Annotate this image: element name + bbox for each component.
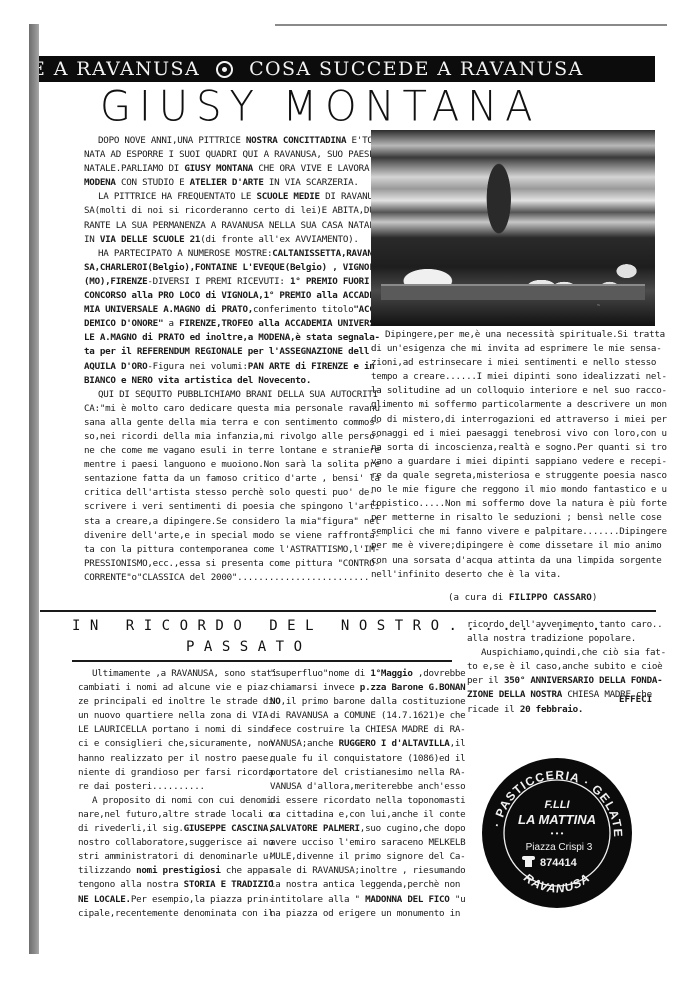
article-left-column: DOPO NOVE ANNI,UNA PITTRICE NOSTRA CONCI… xyxy=(84,134,354,585)
text-line: LA PITTRICE HA FREQUENTATO LE SCUOLE MED… xyxy=(84,190,354,204)
text-line: na sorta di incoscienza,realtà e sogno.P… xyxy=(371,441,655,455)
text-line: sonaggi ed i miei paesaggi tenebrosi viv… xyxy=(371,427,655,441)
text-line: CA:"mi è molto caro dedicare questa mia … xyxy=(84,402,354,416)
text-line: IN VIA DELLE SCUOLE 21(di fronte all'ex … xyxy=(84,233,354,247)
text-line: fece costruire la CHIESA MADRE di RA- xyxy=(270,723,456,737)
text-line: sana alla gente della mia terra e con se… xyxy=(84,416,354,430)
text-line: ne che come me vagano esuli in terre lon… xyxy=(84,444,354,458)
text-line: con una sorsata d'acqua attinta da una l… xyxy=(371,554,655,568)
text-line: di un'esigenza che mi invita ad esprimer… xyxy=(371,342,655,356)
binding-edge-strip xyxy=(29,24,39,954)
svg-text:874414: 874414 xyxy=(540,857,578,869)
text-line: cipale,recentemente denominata con il xyxy=(78,907,260,921)
text-line: chiamarsi invece p.zza Barone G.BONAN xyxy=(270,681,456,695)
text-line: tilizzando nomi prestigiosi che appar xyxy=(78,864,260,878)
text-line: SALVATORE PALMERI,suo cugino,che dopo xyxy=(270,822,456,836)
text-line: LE LAURICELLA portano i nomi di sinda xyxy=(78,723,260,737)
memory-column-1: Ultimamente ,a RAVANUSA, sono staticambi… xyxy=(78,667,260,921)
text-line: scrivere i veri sentimenti di poesia che… xyxy=(84,500,354,514)
text-line: SA,CHARLEROI(Belgio),FONTAINE L'EVEQUE(B… xyxy=(84,261,354,275)
text-line: di rivederli,il sig.GIUSEPPE CASCINA, xyxy=(78,822,260,836)
text-line: Auspichiamo,quindi,che ciò sia fat- xyxy=(467,646,657,660)
text-line: alla nostra tradizione popolare. xyxy=(467,632,657,646)
text-line: quale fu il conquistatore (1086)ed il xyxy=(270,752,456,766)
text-line: avere ucciso l'emiro saraceno MELKELB xyxy=(270,836,456,850)
text-line: un nuovo quartiere nella zona di VIA- xyxy=(78,709,260,723)
text-line: nostro collaboratore,suggerisce ai no xyxy=(78,836,260,850)
text-line: la nostra antica leggenda,perchè non xyxy=(270,878,456,892)
bakery-advertisement-logo: · BAR · PASTICCERIA · GELATERIA · RAVANU… xyxy=(482,758,632,908)
section-divider xyxy=(40,610,656,612)
text-line: AQUILA D'ORO-Figura nei volumi:PAN ARTE … xyxy=(84,360,354,374)
text-line: so,nei ricordi della mia infanzia,mi riv… xyxy=(84,430,354,444)
text-line: do di mistero,di interrogazioni ed attra… xyxy=(371,413,655,427)
svg-text:• • •: • • • xyxy=(551,829,564,838)
text-line: cambiati i nomi ad alcune vie e piaz- xyxy=(78,681,260,695)
text-line: mentre i paesi languono e muoiono.Non sa… xyxy=(84,458,354,472)
text-line: semplici che mi fanno vivere e palpitare… xyxy=(371,525,655,539)
text-line: BIANCO e NERO vita artistica del Novecen… xyxy=(84,374,354,388)
text-line: per me è vivere;dipingere è come disseta… xyxy=(371,539,655,553)
text-line: A proposito di nomi con cui denomi- xyxy=(78,794,260,808)
telephone-icon xyxy=(522,856,535,867)
text-line: Ultimamente ,a RAVANUSA, sono stati xyxy=(78,667,260,681)
text-line: sale di RAVANUSA;inoltre , riesumando xyxy=(270,864,456,878)
painting-table xyxy=(381,284,645,300)
text-line: topistico.....Non mi soffermo dove la na… xyxy=(371,497,655,511)
text-line: ze principali ed inoltre le strade di xyxy=(78,695,260,709)
text-line: DEMICO D'ONORE" a FIRENZE,TROFEO alla AC… xyxy=(84,317,354,331)
text-line: sentazione fatta da un famoso critico d'… xyxy=(84,472,354,486)
text-line: ta con la pittura contemporanea come l'A… xyxy=(84,543,354,557)
text-line: sta a creare,a dipingere.Se considero la… xyxy=(84,515,354,529)
author-signature: EFFECI xyxy=(619,694,652,705)
text-line: MODENA CON STUDIO E ATELIER D'ARTE IN VI… xyxy=(84,176,354,190)
target-icon xyxy=(216,61,233,78)
text-line: VANUSA;anche RUGGERO I d'ALTAVILLA,il xyxy=(270,737,456,751)
text-line: di RAVANUSA a COMUNE (14.7.1621)e che xyxy=(270,709,456,723)
text-line: re da quale segreta,misteriosa e strugge… xyxy=(371,469,655,483)
painting-image: ~ xyxy=(371,130,655,326)
text-line: intitolare alla " MADONNA DEL FICO "u xyxy=(270,893,456,907)
banner-right-text: COSA SUCCEDE A RAVANUSA xyxy=(249,56,584,82)
text-line: tengono alla nostra STORIA E TRADIZIO xyxy=(78,878,260,892)
text-line: tempo a creare......I miei dipinti sono … xyxy=(371,370,655,384)
text-line: SA(molti di noi si ricorderanno certo di… xyxy=(84,204,354,218)
article-right-column: Dipingere,per me,è una necessità spiritu… xyxy=(371,328,655,582)
text-line: critica dell'artista stesso perchè solo … xyxy=(84,486,354,500)
text-line: glimento mi soffermo particolarmente a d… xyxy=(371,398,655,412)
text-line: to e,se è il caso,anche subito e cioè xyxy=(467,660,657,674)
top-rule xyxy=(275,24,667,26)
credit-name: FILIPPO CASSARO xyxy=(509,592,592,603)
text-line: zioni,ad estrinsecare i miei sentimenti … xyxy=(371,356,655,370)
text-line: DOPO NOVE ANNI,UNA PITTRICE NOSTRA CONCI… xyxy=(84,134,354,148)
text-line: VANUSA d'allora,meriterebbe anch'esso xyxy=(270,780,456,794)
text-line: LE A.MAGNO di PRATO ed inoltre,a MODENA,… xyxy=(84,331,354,345)
text-line: ci e consiglieri che,sicuramente, non xyxy=(78,737,260,751)
article-headline: GIUSY MONTANA xyxy=(100,83,640,131)
text-line: ca cittadina e,con lui,anche il conte xyxy=(270,808,456,822)
text-line: (MO),FIRENZE-DIVERSI I PREMI RICEVUTI: 1… xyxy=(84,275,354,289)
text-line: PRESSIONISMO,ecc.,essa si presenta come … xyxy=(84,557,354,571)
text-line: CONCORSO alla PRO LOCO di VIGNOLA,1° PRE… xyxy=(84,289,354,303)
svg-text:Piazza Crispi 3: Piazza Crispi 3 xyxy=(526,842,593,853)
text-line: NATA AD ESPORRE I SUOI QUADRI QUI A RAVA… xyxy=(84,148,354,162)
text-line: nare,nel futuro,altre strade locali o xyxy=(78,808,260,822)
article-credit: (a cura di FILIPPO CASSARO) xyxy=(448,592,597,603)
text-line: Dipingere,per me,è una necessità spiritu… xyxy=(371,328,655,342)
text-line: divenire dell'arte,e in special modo se … xyxy=(84,529,354,543)
text-line: no le mie figure che reggono il mio mond… xyxy=(371,483,655,497)
text-line: di essere ricordato nella toponomasti xyxy=(270,794,456,808)
text-line: portatore del cristianesimo nella RA- xyxy=(270,766,456,780)
text-line: niente di grandioso per farsi ricorda xyxy=(78,766,260,780)
text-line: NATALE.PARLIAMO DI GIUSY MONTANA CHE ORA… xyxy=(84,162,354,176)
text-line: ta per il REFERENDUM REGIONALE per l'ASS… xyxy=(84,345,354,359)
painting-signature: ~ xyxy=(597,303,600,309)
banner-left-text: E A RAVANUSA xyxy=(39,56,200,82)
svg-text:F.LLI: F.LLI xyxy=(544,799,570,811)
text-line: ricordo dell'avvenimento tanto caro.. xyxy=(467,618,657,632)
credit-suffix: ) xyxy=(592,592,598,603)
text-line: la solitudine ad un colloquio interiore … xyxy=(371,384,655,398)
credit-prefix: (a cura di xyxy=(448,592,509,603)
text-line: MIA UNIVERSALE A.MAGNO di PRATO,conferim… xyxy=(84,303,354,317)
text-line: NE LOCALE.Per esempio,la piazza prin- xyxy=(78,893,260,907)
section-banner: E A RAVANUSA COSA SUCCEDE A RAVANUSA xyxy=(39,56,655,82)
svg-text:LA MATTINA: LA MATTINA xyxy=(518,812,596,827)
text-line: na piazza od erigere un monumento in xyxy=(270,907,456,921)
svg-text:RAVANUSA: RAVANUSA xyxy=(521,871,593,896)
text-line: vano a guardare i miei dipinti sappiano … xyxy=(371,455,655,469)
title-underline xyxy=(72,660,452,662)
memory-column-2: "superfluo"nome di 1°Maggio ,dovrebbechi… xyxy=(270,667,456,921)
text-line: CORRENTE"o"CLASSICA del 2000"...........… xyxy=(84,571,354,585)
section-title-line2: PASSATO xyxy=(186,639,312,655)
logo-graphic: · BAR · PASTICCERIA · GELATERIA · RAVANU… xyxy=(482,758,632,908)
text-line: HA PARTECIPATO A NUMEROSE MOSTRE:CALTANI… xyxy=(84,247,354,261)
text-line: "superfluo"nome di 1°Maggio ,dovrebbe xyxy=(270,667,456,681)
text-line: RANTE LA SUA PERMANENZA A RAVANUSA NELLA… xyxy=(84,219,354,233)
text-line: MULE,divenne il primo signore del Ca- xyxy=(270,850,456,864)
text-line: stri amministratori di denominarle u- xyxy=(78,850,260,864)
text-line: nell'infinito deserto che è la vita. xyxy=(371,568,655,582)
text-line: QUI DI SEQUITO PUBBLICHIAMO BRANI DELLA … xyxy=(84,388,354,402)
text-line: re dai posteri.......... xyxy=(78,780,260,794)
text-line: per metterne in risalto le seduzioni ; b… xyxy=(371,511,655,525)
text-line: per il 350° ANNIVERSARIO DELLA FONDA- xyxy=(467,674,657,688)
text-line: hanno realizzato per il nostro paese, xyxy=(78,752,260,766)
text-line: NO,il primo barone dalla costituzione xyxy=(270,695,456,709)
